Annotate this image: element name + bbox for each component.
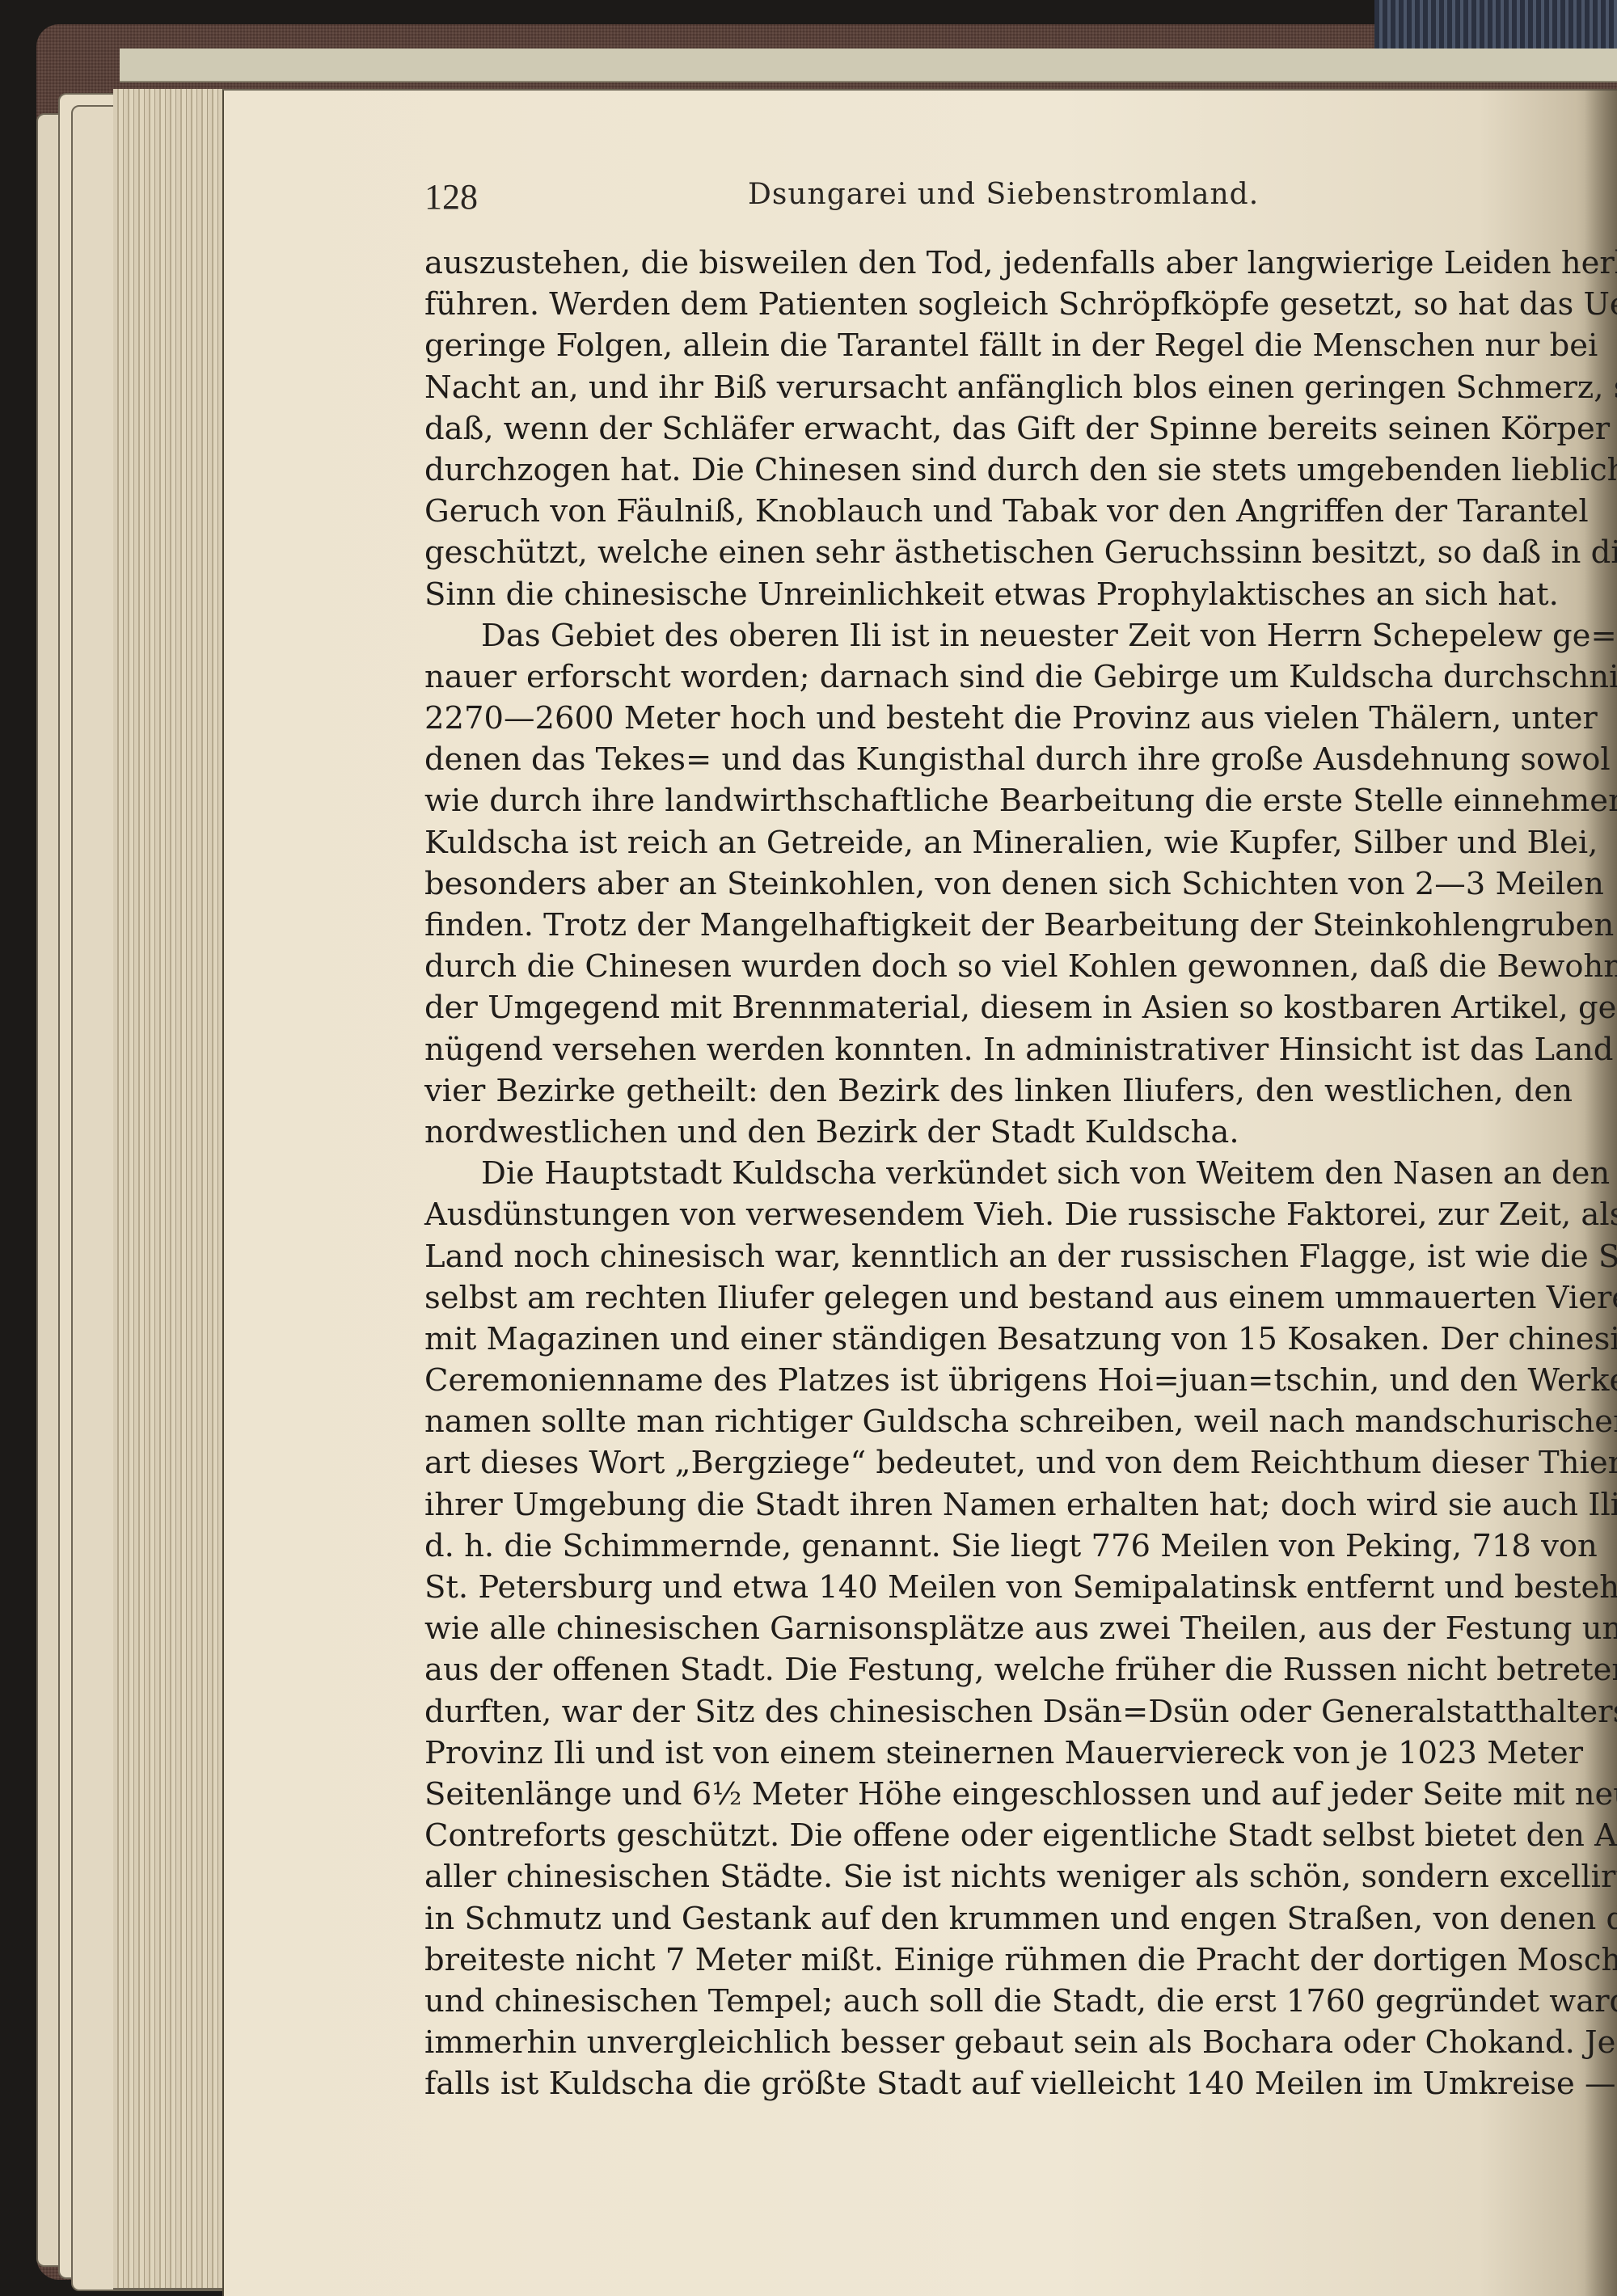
text-line: wie durch ihre landwirthschaftliche Bear… [424, 780, 1573, 821]
body-text: auszustehen, die bisweilen den Tod, jede… [424, 243, 1573, 2104]
text-line: mit Magazinen und einer ständigen Besatz… [424, 1319, 1573, 1360]
page-header: 128 Dsungarei und Siebenstromland. [424, 176, 1573, 233]
text-line: nordwestlichen und den Bezirk der Stadt … [424, 1112, 1573, 1153]
text-line: Kuldscha ist reich an Getreide, an Miner… [424, 822, 1573, 863]
text-line: Geruch von Fäulniß, Knoblauch und Tabak … [424, 491, 1573, 532]
text-line: namen sollte man richtiger Guldscha schr… [424, 1401, 1573, 1442]
text-line: durch die Chinesen wurden doch so viel K… [424, 946, 1573, 987]
text-line: durften, war der Sitz des chinesischen D… [424, 1691, 1573, 1733]
text-line: geschützt, welche einen sehr ästhetische… [424, 532, 1573, 573]
text-line: ihrer Umgebung die Stadt ihren Namen erh… [424, 1484, 1573, 1526]
text-line: breiteste nicht 7 Meter mißt. Einige rüh… [424, 1939, 1573, 1981]
text-line: falls ist Kuldscha die größte Stadt auf … [424, 2063, 1573, 2104]
text-line: Ceremonienname des Platzes ist übrigens … [424, 1360, 1573, 1401]
text-line: denen das Tekes= und das Kungisthal durc… [424, 739, 1573, 780]
page-number: 128 [424, 176, 478, 217]
text-line: besonders aber an Steinkohlen, von denen… [424, 863, 1573, 905]
text-line: art dieses Wort „Bergziege“ bedeutet, un… [424, 1442, 1573, 1484]
text-line: nauer erforscht worden; darnach sind die… [424, 656, 1573, 698]
text-line: durchzogen hat. Die Chinesen sind durch … [424, 449, 1573, 491]
text-line: finden. Trotz der Mangelhaftigkeit der B… [424, 905, 1573, 946]
endpaper-top [120, 49, 1617, 82]
text-line: aus der offenen Stadt. Die Festung, welc… [424, 1649, 1573, 1690]
text-line: auszustehen, die bisweilen den Tod, jede… [424, 243, 1573, 284]
text-line: Provinz Ili und ist von einem steinernen… [424, 1733, 1573, 1774]
text-line: vier Bezirke getheilt: den Bezirk des li… [424, 1070, 1573, 1112]
page-edges-stack [113, 89, 226, 2290]
text-line: Nacht an, und ihr Biß verursacht anfängl… [424, 367, 1573, 408]
text-line: führen. Werden dem Patienten sogleich Sc… [424, 284, 1573, 325]
text-line: 2270—2600 Meter hoch und besteht die Pro… [424, 698, 1573, 739]
text-line: selbst am rechten Iliufer gelegen und be… [424, 1277, 1573, 1319]
running-head: Dsungarei und Siebenstromland. [748, 178, 1259, 211]
text-line: Land noch chinesisch war, kenntlich an d… [424, 1236, 1573, 1277]
text-line: d. h. die Schimmernde, genannt. Sie lieg… [424, 1526, 1573, 1567]
text-line: Die Hauptstadt Kuldscha verkündet sich v… [424, 1153, 1573, 1194]
text-line: in Schmutz und Gestank auf den krummen u… [424, 1898, 1573, 1939]
text-line: Contreforts geschützt. Die offene oder e… [424, 1815, 1573, 1856]
text-line: Ausdünstungen von verwesendem Vieh. Die … [424, 1194, 1573, 1235]
text-line: Das Gebiet des oberen Ili ist in neueste… [424, 615, 1573, 656]
text-line: nügend versehen werden konnten. In admin… [424, 1029, 1573, 1070]
text-line: aller chinesischen Städte. Sie ist nicht… [424, 1856, 1573, 1897]
text-line: Seitenlänge und 6½ Meter Höhe eingeschlo… [424, 1774, 1573, 1815]
text-line: daß, wenn der Schläfer erwacht, das Gift… [424, 408, 1573, 449]
text-line: der Umgegend mit Brennmaterial, diesem i… [424, 987, 1573, 1028]
text-line: St. Petersburg und etwa 140 Meilen von S… [424, 1567, 1573, 1608]
text-line: und chinesischen Tempel; auch soll die S… [424, 1981, 1573, 2022]
text-line: Sinn die chinesische Unreinlichkeit etwa… [424, 574, 1573, 615]
text-line: wie alle chinesischen Garnisonsplätze au… [424, 1608, 1573, 1649]
text-line: immerhin unvergleichlich besser gebaut s… [424, 2022, 1573, 2063]
text-line: geringe Folgen, allein die Tarantel fäll… [424, 325, 1573, 366]
